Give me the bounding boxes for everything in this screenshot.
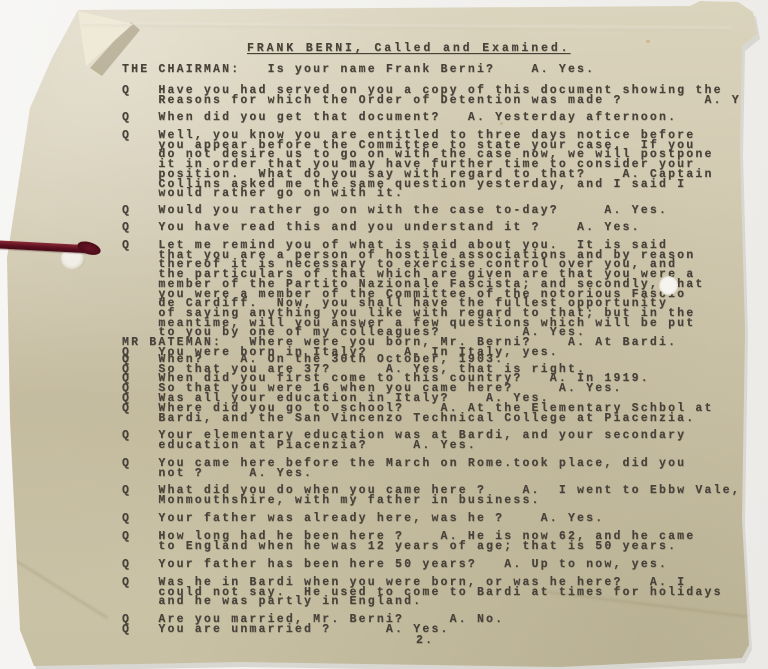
- transcript-para-school: Q Where did you go to school? A. At the …: [122, 404, 714, 423]
- transcript-para-today: Q Would you rather go on with the case t…: [122, 206, 668, 216]
- scan-background: FRANK BERNI, Called and Examined. THE CH…: [0, 0, 768, 669]
- punch-hole-right: [659, 276, 678, 295]
- transcript-para-when-group: Q When? A. On the 30th October, 1903. Q …: [122, 355, 650, 404]
- paper-crease: [14, 559, 108, 619]
- transcript-para-elementary: Q Your elementary education was at Bardi…: [122, 431, 686, 450]
- transcript-para-born-where: Q Was he in Bardi when you were born, or…: [122, 578, 723, 607]
- transcript-para-chairman: THE CHAIRMAN: Is your name Frank Berni? …: [122, 65, 595, 75]
- transcript-para-document: Q When did you get that document? A. Yes…: [122, 113, 677, 123]
- transcript-para-remind: Q Let me remind you of what is said abou…: [122, 241, 704, 338]
- paper-stain: [646, 40, 650, 43]
- transcript-para-married: Q Are you married, Mr. Berni? A. No. Q Y…: [122, 615, 504, 634]
- transcript-para-how-long: Q How long had he been here ? A. He is n…: [122, 532, 695, 551]
- document-title: FRANK BERNI, Called and Examined.: [247, 44, 570, 54]
- transcript-para-read: Q You have read this and you understand …: [122, 223, 641, 233]
- transcript-para-march-on-rome: Q You came here before the March on Rome…: [122, 459, 686, 478]
- page-number: 2.: [416, 636, 434, 646]
- transcript-para-father-here: Q Your father was already here, was he ?…: [122, 514, 604, 524]
- transcript-para-fifty-years: Q Your father has been here 50 years? A.…: [122, 560, 668, 570]
- paper-crease: [82, 23, 732, 31]
- transcript-para-notice: Q Well, you know you are entitled to thr…: [122, 131, 714, 199]
- transcript-para-arrival: Q What did you do when you came here ? A…: [122, 486, 741, 505]
- document-page: FRANK BERNI, Called and Examined. THE CH…: [0, 0, 768, 669]
- transcript-para-served: Q Have you had served on you a copy of t…: [122, 86, 768, 105]
